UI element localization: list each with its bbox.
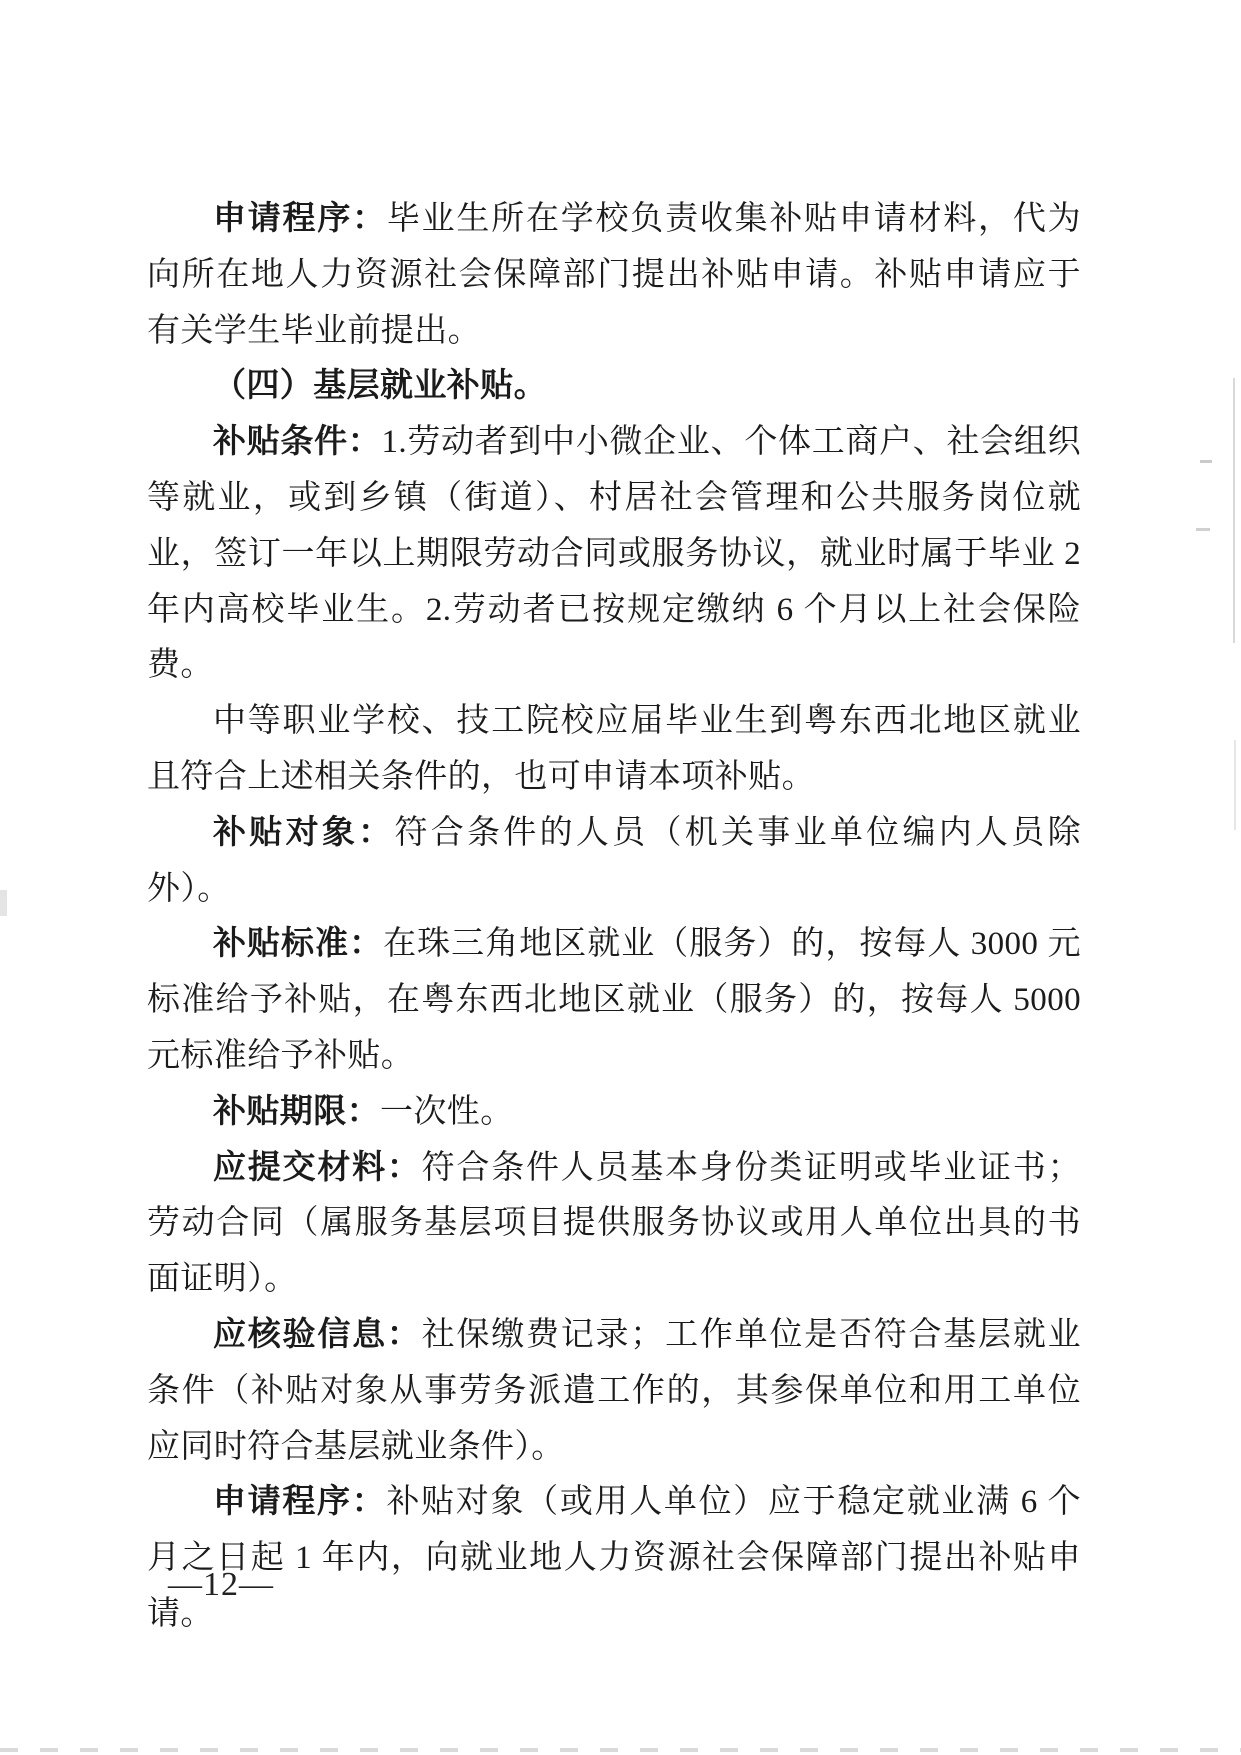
scan-artifact-dash-2 [1196,528,1210,531]
paragraph-label: 应提交材料： [213,1150,422,1186]
paragraph-subsidy-duration: 补贴期限：一次性。 [147,1085,1081,1141]
paragraph-subsidy-standard: 补贴标准：在珠三角地区就业（服务）的，按每人 3000 元标准给予补贴，在粤东西… [147,917,1081,1084]
paragraph-text: 中等职业学校、技工院校应届毕业生到粤东西北地区就业且符合上述相关条件的，也可申请… [147,703,1081,795]
paragraph-label: 申请程序： [213,1484,386,1520]
scan-artifact-bottom-edge [0,1748,1241,1752]
paragraph-application-procedure-subsidy: 申请程序：补贴对象（或用人单位）应于稳定就业满 6 个月之日起 1 年内，向就业… [147,1475,1081,1642]
paragraph-label: 应核验信息： [213,1317,422,1353]
section-heading-text: （四）基层就业补贴。 [213,368,547,404]
paragraph-label: 补贴条件： [213,424,382,460]
paragraph-label: 补贴对象： [213,815,394,851]
paragraph-label: 申请程序： [213,201,387,237]
page-number: —12— [168,1566,274,1604]
paragraph-text: 一次性。 [380,1094,514,1130]
paragraph-vocational-school-note: 中等职业学校、技工院校应届毕业生到粤东西北地区就业且符合上述相关条件的，也可申请… [147,694,1081,806]
paragraph-text: 1.劳动者到中小微企业、个体工商户、社会组织等就业，或到乡镇（街道）、村居社会管… [147,424,1081,683]
paragraph-label: 补贴期限： [213,1094,380,1130]
scan-artifact-dash-1 [1200,460,1212,463]
scan-artifact-right-line [1233,378,1235,643]
paragraph-verification-info: 应核验信息：社保缴费记录；工作单位是否符合基层就业条件（补贴对象从事劳务派遣工作… [147,1308,1081,1475]
document-page: 申请程序：毕业生所在学校负责收集补贴申请材料，代为向所在地人力资源社会保障部门提… [0,0,1241,1755]
paragraph-required-materials: 应提交材料：符合条件人员基本身份类证明或毕业证书；劳动合同（属服务基层项目提供服… [147,1141,1081,1308]
scan-artifact-right-line-2 [1234,740,1236,830]
document-body: 申请程序：毕业生所在学校负责收集补贴申请材料，代为向所在地人力资源社会保障部门提… [147,192,1081,1643]
section-heading-grassroots-employment-subsidy: （四）基层就业补贴。 [147,359,1081,415]
paragraph-subsidy-target: 补贴对象：符合条件的人员（机关事业单位编内人员除外）。 [147,806,1081,918]
scan-artifact-left-smudge [0,890,7,916]
paragraph-subsidy-conditions: 补贴条件：1.劳动者到中小微企业、个体工商户、社会组织等就业，或到乡镇（街道）、… [147,415,1081,694]
paragraph-label: 补贴标准： [213,926,383,962]
paragraph-application-procedure-graduates: 申请程序：毕业生所在学校负责收集补贴申请材料，代为向所在地人力资源社会保障部门提… [147,192,1081,359]
